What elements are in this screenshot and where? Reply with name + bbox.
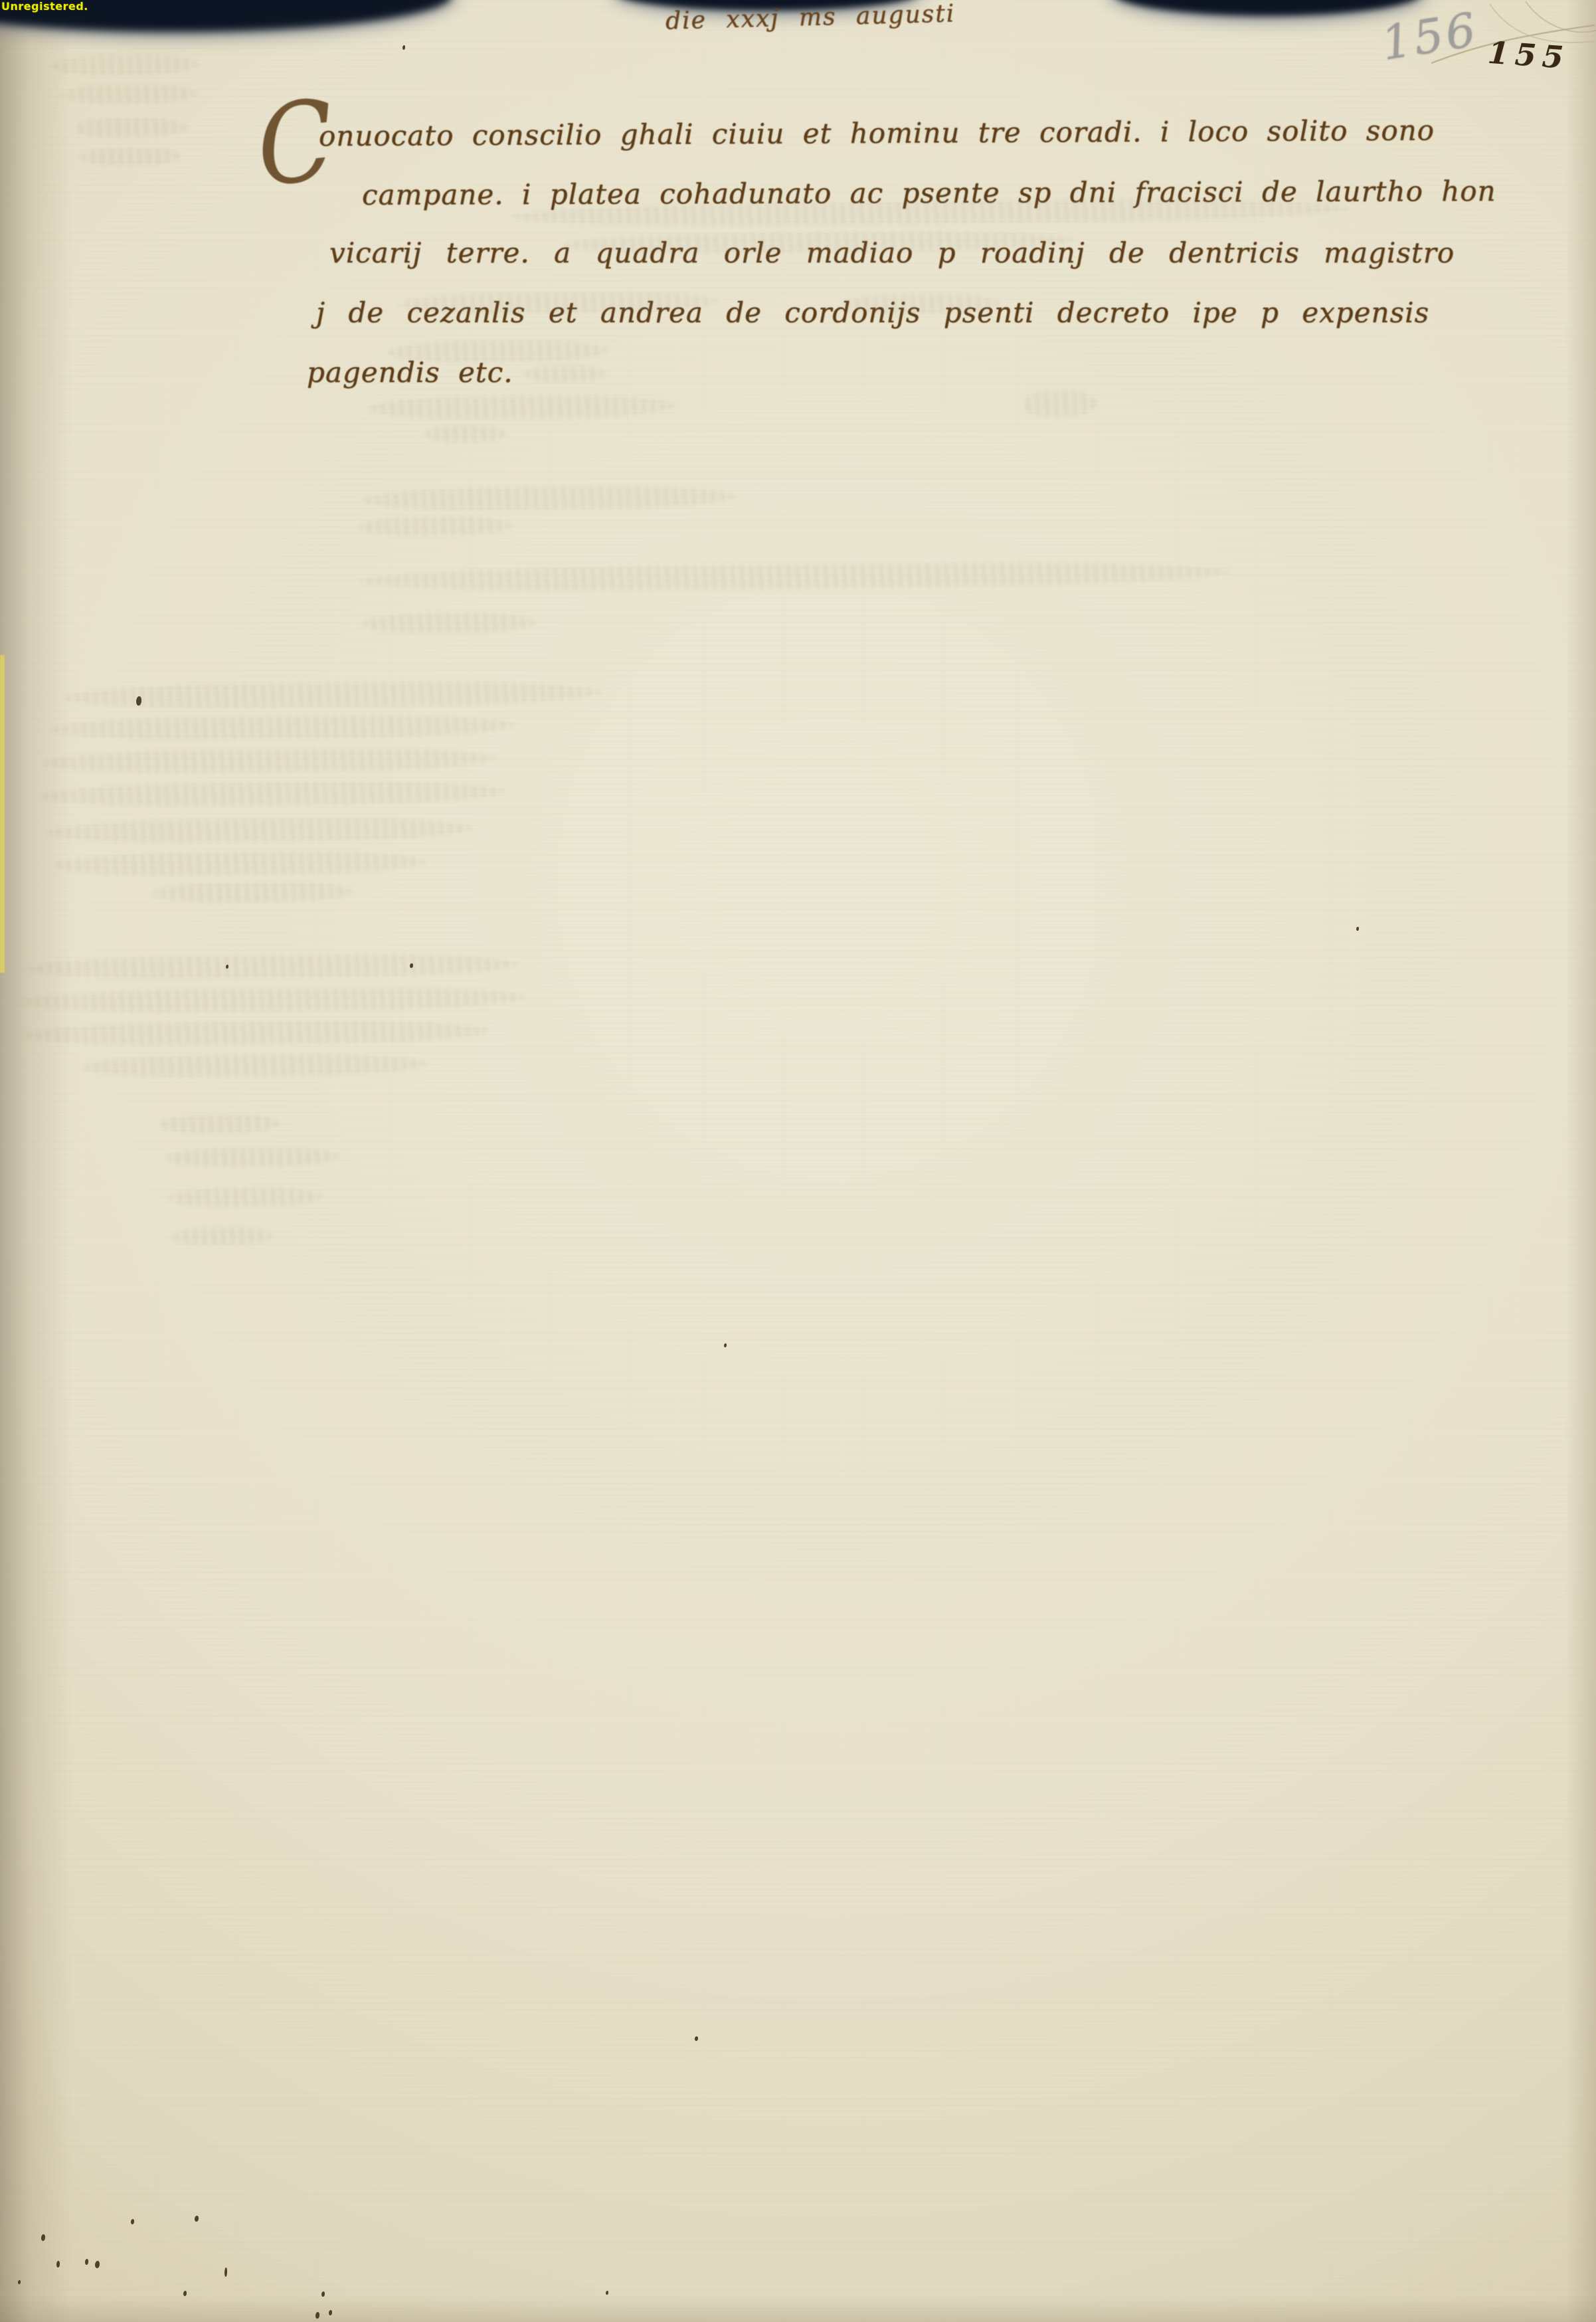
ink-speck (224, 2268, 227, 2277)
show-through-mark (153, 881, 352, 903)
show-through-mark (73, 118, 186, 138)
ink-speck (329, 2310, 332, 2315)
show-through-mark (389, 339, 608, 363)
show-through-mark (80, 147, 179, 166)
show-through-mark (169, 1187, 322, 1207)
ink-speck (131, 2219, 134, 2224)
left-edge-yellow-strip (0, 655, 5, 973)
show-through-mark (166, 1147, 339, 1168)
show-through-mark (159, 1114, 279, 1134)
show-through-mark (53, 850, 425, 877)
ink-speck (183, 2291, 187, 2296)
ink-speck (606, 2291, 608, 2295)
ink-speck (695, 2036, 698, 2041)
unregistered-watermark: Unregistered. (1, 0, 88, 13)
scanner-background-shadow (1113, 0, 1422, 16)
manuscript-line: onuocato conscilio ghali ciuiu et hominu… (319, 114, 1435, 153)
show-through-mark (80, 1053, 425, 1078)
ink-speck (315, 2312, 319, 2319)
manuscript-scan-page: Unregistered. die xxxj ms augusti 156 15… (0, 0, 1596, 2322)
show-through-mark (359, 516, 511, 536)
ink-speck (1356, 927, 1359, 931)
show-through-mark (27, 953, 518, 981)
ink-speck (321, 2291, 325, 2297)
ink-speck (41, 2234, 45, 2241)
show-through-mark (359, 560, 1229, 593)
show-through-mark (173, 1227, 272, 1246)
show-through-mark (23, 1019, 488, 1046)
show-through-mark (20, 986, 525, 1014)
folio-number-ink: 155 (1486, 35, 1570, 76)
show-through-mark (46, 817, 472, 844)
show-through-mark (50, 714, 515, 741)
show-through-mark (1023, 390, 1096, 417)
show-through-mark (840, 294, 1000, 316)
show-through-mark (525, 365, 604, 383)
ink-speck (95, 2261, 100, 2268)
ink-speck (402, 45, 405, 50)
show-through-mark (63, 680, 601, 710)
show-through-mark (43, 747, 495, 774)
ink-speck (724, 1343, 727, 1347)
show-through-mark (63, 84, 196, 104)
ink-speck (56, 2261, 60, 2268)
ink-speck (18, 2280, 21, 2284)
show-through-mark (425, 425, 505, 442)
show-through-mark (52, 54, 198, 76)
show-through-mark (362, 485, 734, 512)
ink-speck (85, 2259, 88, 2265)
show-through-mark (369, 395, 674, 421)
show-through-mark (40, 780, 505, 807)
ink-speck (195, 2216, 199, 2222)
show-through-mark (362, 613, 535, 634)
